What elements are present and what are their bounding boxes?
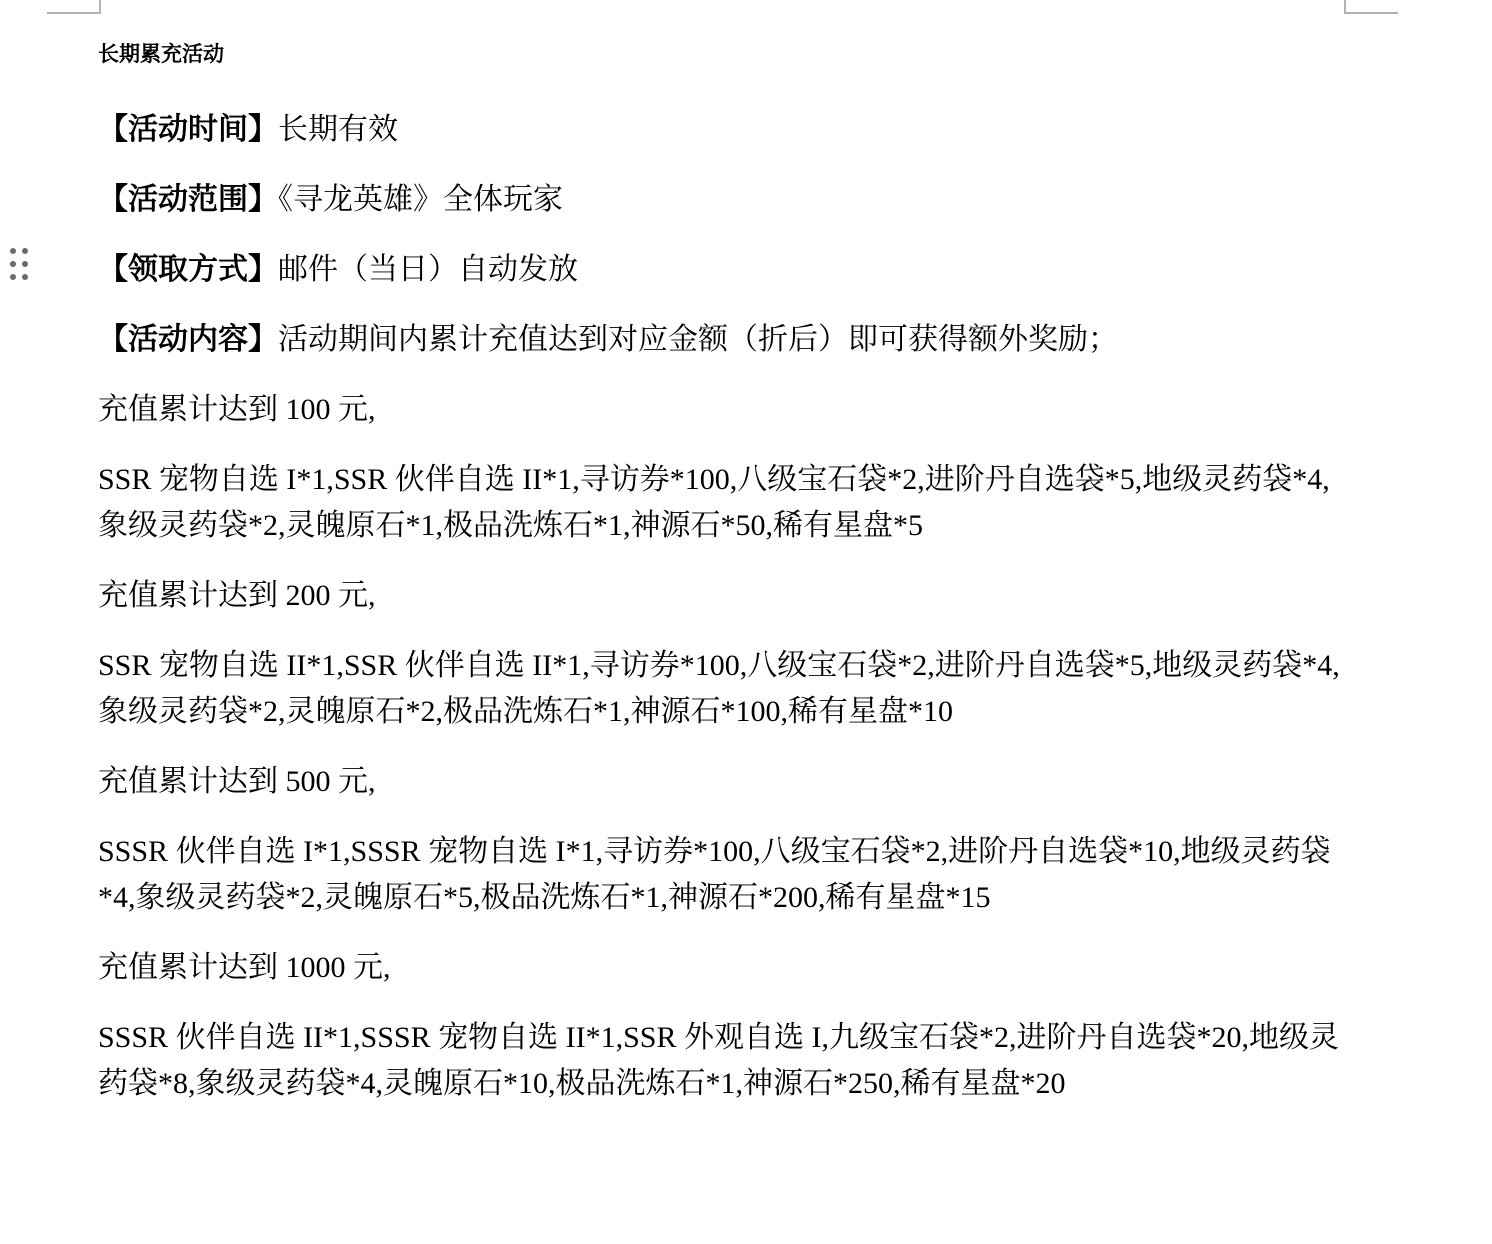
tier-rewards: SSSR 伙伴自选 II*1,SSSR 宠物自选 II*1,SSR 外观自选 I…: [98, 1015, 1356, 1107]
tier-threshold: 充值累计达到 1000 元,: [98, 945, 1356, 991]
info-line-event-content: 【活动内容】活动期间内累计充值达到对应金额（折后）即可获得额外奖励；: [98, 317, 1356, 363]
info-text: 活动期间内累计充值达到对应金额（折后）即可获得额外奖励；: [278, 323, 1118, 356]
page-title: 长期累充活动: [98, 40, 1356, 68]
drag-handle-dot: [22, 248, 28, 254]
frame-corner-right-horizontal-line: [1344, 12, 1398, 14]
info-label: 【活动范围】: [98, 183, 278, 216]
info-line-event-time: 【活动时间】长期有效: [98, 107, 1356, 153]
drag-handle-icon[interactable]: [10, 248, 28, 280]
drag-handle-dot: [10, 274, 16, 280]
drag-handle-dot: [10, 261, 16, 267]
info-line-claim-method: 【领取方式】邮件（当日）自动发放: [98, 247, 1356, 293]
info-text: 《寻龙英雄》全体玩家: [278, 183, 563, 216]
info-label: 【活动内容】: [98, 323, 278, 356]
tier-threshold: 充值累计达到 500 元,: [98, 759, 1356, 805]
tier-rewards: SSR 宠物自选 I*1,SSR 伙伴自选 II*1,寻访券*100,八级宝石袋…: [98, 457, 1356, 549]
info-label: 【领取方式】: [98, 253, 278, 286]
tier-rewards: SSR 宠物自选 II*1,SSR 伙伴自选 II*1,寻访券*100,八级宝石…: [98, 643, 1356, 735]
info-line-event-scope: 【活动范围】《寻龙英雄》全体玩家: [98, 177, 1356, 223]
info-label: 【活动时间】: [98, 113, 278, 146]
drag-handle-dot: [22, 261, 28, 267]
info-text: 长期有效: [278, 113, 398, 146]
info-text: 邮件（当日）自动发放: [278, 253, 578, 286]
tier-threshold: 充值累计达到 100 元,: [98, 387, 1356, 433]
tier-threshold: 充值累计达到 200 元,: [98, 573, 1356, 619]
drag-handle-dot: [22, 274, 28, 280]
frame-corner-left-vertical-line: [99, 0, 101, 14]
drag-handle-dot: [10, 248, 16, 254]
frame-corner-left-horizontal-line: [47, 12, 101, 14]
tier-rewards: SSSR 伙伴自选 I*1,SSSR 宠物自选 I*1,寻访券*100,八级宝石…: [98, 829, 1356, 921]
document-page: 长期累充活动 【活动时间】长期有效 【活动范围】《寻龙英雄》全体玩家 【领取方式…: [0, 0, 1492, 1244]
document-body: 长期累充活动 【活动时间】长期有效 【活动范围】《寻龙英雄》全体玩家 【领取方式…: [98, 40, 1356, 1131]
